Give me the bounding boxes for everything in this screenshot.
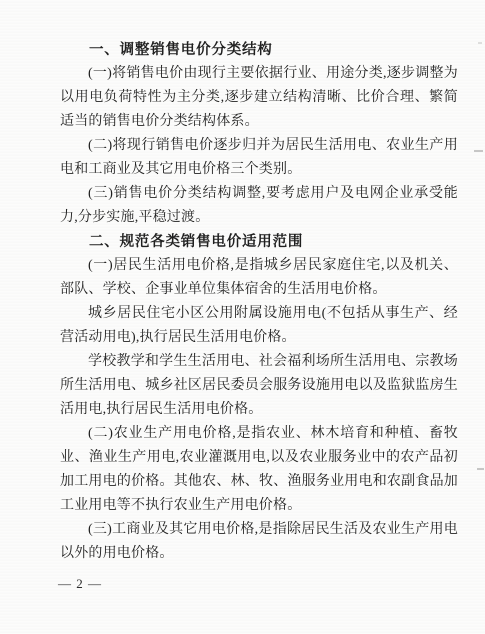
paragraph-adjust-item-2: (二)将现行销售电价逐步归并为居民生活用电、农业生产用电和工商业及其它用电价格三…: [60, 134, 458, 182]
scan-artifact: [477, 468, 484, 470]
paragraph-agricultural-price: (二)农业生产用电价格,是指农业、林木培育和种植、畜牧业、渔业生产用电,农业灌溉…: [60, 422, 458, 518]
scan-artifact: [474, 150, 483, 152]
section-heading-2: 二、规范各类销售电价适用范围: [60, 230, 458, 254]
page-number: — 2 —: [58, 576, 102, 592]
scan-artifact: [478, 42, 482, 44]
paragraph-residential-price: (一)居民生活用电价格,是指城乡居民家庭住宅,以及机关、部队、学校、企事业单位集…: [60, 254, 458, 302]
section-heading-1: 一、调整销售电价分类结构: [60, 38, 458, 62]
paragraph-industrial-commercial: (三)工商业及其它用电价格,是指除居民生活及农业生产用电以外的用电价格。: [60, 518, 458, 566]
paragraph-adjust-item-3: (三)销售电价分类结构调整,要考虑用户及电网企业承受能力,分步实施,平稳过渡。: [60, 182, 458, 230]
scanned-document-page: 一、调整销售电价分类结构 (一)将销售电价由现行主要依据行业、用途分类,逐步调整…: [0, 0, 485, 634]
paragraph-residential-facilities: 城乡居民住宅小区公用附属设施用电(不包括从事生产、经营活动用电),执行居民生活用…: [60, 302, 458, 350]
document-body: 一、调整销售电价分类结构 (一)将销售电价由现行主要依据行业、用途分类,逐步调整…: [60, 38, 458, 566]
paragraph-schools-welfare: 学校教学和学生生活用电、社会福利场所生活用电、宗教场所生活用电、城乡社区居民委员…: [60, 350, 458, 422]
paragraph-adjust-item-1: (一)将销售电价由现行主要依据行业、用途分类,逐步调整为以用电负荷特性为主分类,…: [60, 62, 458, 134]
